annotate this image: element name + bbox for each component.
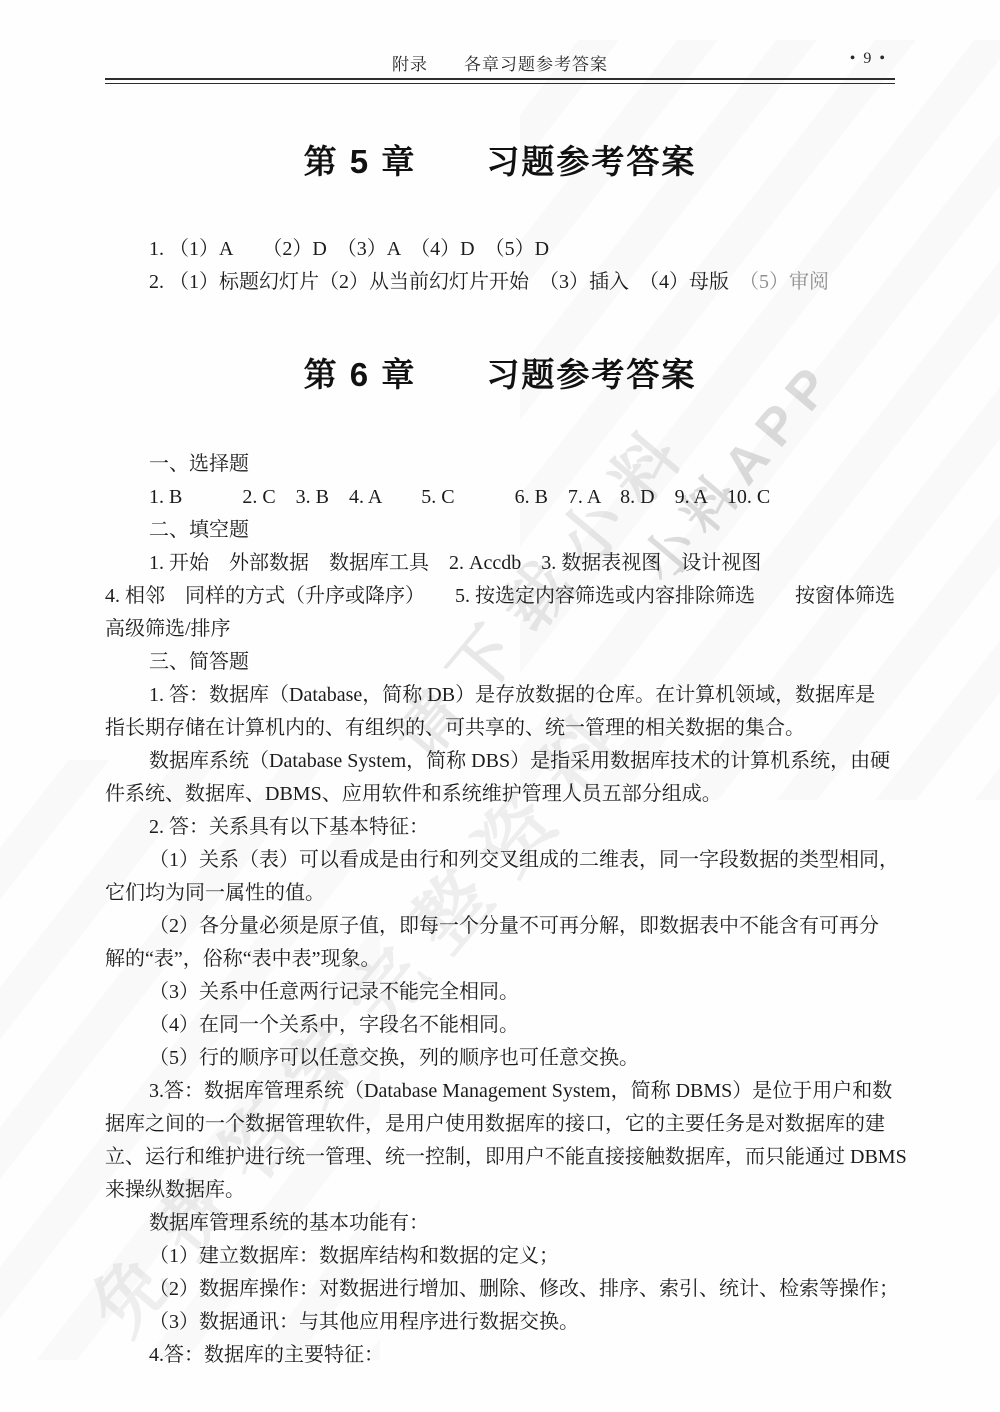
answer-line: 立、运行和维护进行统一管理、统一控制，即用户不能直接接触数据库，而只能通过 DB… <box>105 1141 895 1174</box>
answer-line: 1. 答：数据库（Database，简称 DB）是存放数据的仓库。在计算机领域，… <box>105 679 895 712</box>
answer-line: 件系统、数据库、DBMS、应用软件和系统维护管理人员五部分组成。 <box>105 778 895 811</box>
section-heading: 二、填空题 <box>105 514 895 547</box>
answer-line: （2）各分量必须是原子值，即每一个分量不可再分解，即数据表中不能含有可再分 <box>105 910 895 943</box>
answer-line: 1. B 2. C 3. B 4. A 5. C 6. B 7. A 8. D … <box>105 481 895 514</box>
answer-line: 1. （1）A （2）D （3）A （4）D （5）D <box>105 233 895 266</box>
chapter5-title: 第 5 章 习题参考答案 <box>105 136 895 183</box>
answer-line: 指长期存储在计算机内的、有组织的、可共享的、统一管理的相关数据的集合。 <box>105 712 895 745</box>
answer-line: 据库之间的一个数据管理软件，是用户使用数据库的接口，它的主要任务是对数据库的建 <box>105 1108 895 1141</box>
answer-line: （3）关系中任意两行记录不能完全相同。 <box>105 976 895 1009</box>
answer-line: （4）在同一个关系中，字段名不能相同。 <box>105 1009 895 1042</box>
answer-line: 数据库管理系统的基本功能有： <box>105 1207 895 1240</box>
answer-line: 高级筛选/排序 <box>105 613 895 646</box>
answer-line: 4.答：数据库的主要特征： <box>105 1339 895 1372</box>
answer-line: 它们均为同一属性的值。 <box>105 877 895 910</box>
chapter5-answers: 1. （1）A （2）D （3）A （4）D （5）D 2. （1）标题幻灯片（… <box>105 233 895 299</box>
answer-line: 2. （1）标题幻灯片（2）从当前幻灯片开始 （3）插入 （4）母版 （5）审阅 <box>105 266 895 299</box>
answer-text: 2. （1）标题幻灯片（2）从当前幻灯片开始 （3）插入 （4）母版 <box>149 271 749 293</box>
answer-line: 2. 答：关系具有以下基本特征： <box>105 811 895 844</box>
answer-text: 1. （1）A （2）D （3）A （4）D （5）D <box>149 238 549 260</box>
document-page: 附录 各章习题参考答案 • 9 • 第 5 章 习题参考答案 1. （1）A （… <box>105 0 895 1372</box>
answer-line: （1）建立数据库：数据库结构和数据的定义； <box>105 1240 895 1273</box>
answer-line: （5）行的顺序可以任意交换，列的顺序也可任意交换。 <box>105 1042 895 1075</box>
answer-text-gray: （5）审阅 <box>749 271 829 293</box>
running-head: 附录 各章习题参考答案 • 9 • <box>105 50 895 74</box>
answer-line: 4. 相邻 同样的方式（升序或降序） 5. 按选定内容筛选或内容排除筛选 按窗体… <box>105 580 895 613</box>
answer-line: （1）关系（表）可以看成是由行和列交叉组成的二维表，同一字段数据的类型相同， <box>105 844 895 877</box>
answer-line: 1. 开始 外部数据 数据库工具 2. Accdb 3. 数据表视图 设计视图 <box>105 547 895 580</box>
chapter6-body: 一、选择题 1. B 2. C 3. B 4. A 5. C 6. B 7. A… <box>105 448 895 1372</box>
section-heading: 三、简答题 <box>105 646 895 679</box>
page-number: • 9 • <box>850 50 887 68</box>
chapter6-title: 第 6 章 习题参考答案 <box>105 349 895 396</box>
section-heading: 一、选择题 <box>105 448 895 481</box>
answer-line: （3）数据通讯：与其他应用程序进行数据交换。 <box>105 1306 895 1339</box>
answer-line: 3.答：数据库管理系统（Database Management System，简… <box>105 1075 895 1108</box>
answer-line: 来操纵数据库。 <box>105 1174 895 1207</box>
answer-line: 数据库系统（Database System，简称 DBS）是指采用数据库技术的计… <box>105 745 895 778</box>
answer-line: （2）数据库操作：对数据进行增加、删除、修改、排序、索引、统计、检索等操作； <box>105 1273 895 1306</box>
answer-line: 解的“表”，俗称“表中表”现象。 <box>105 943 895 976</box>
header-double-rule <box>105 78 895 84</box>
running-head-title: 附录 各章习题参考答案 <box>105 50 895 75</box>
